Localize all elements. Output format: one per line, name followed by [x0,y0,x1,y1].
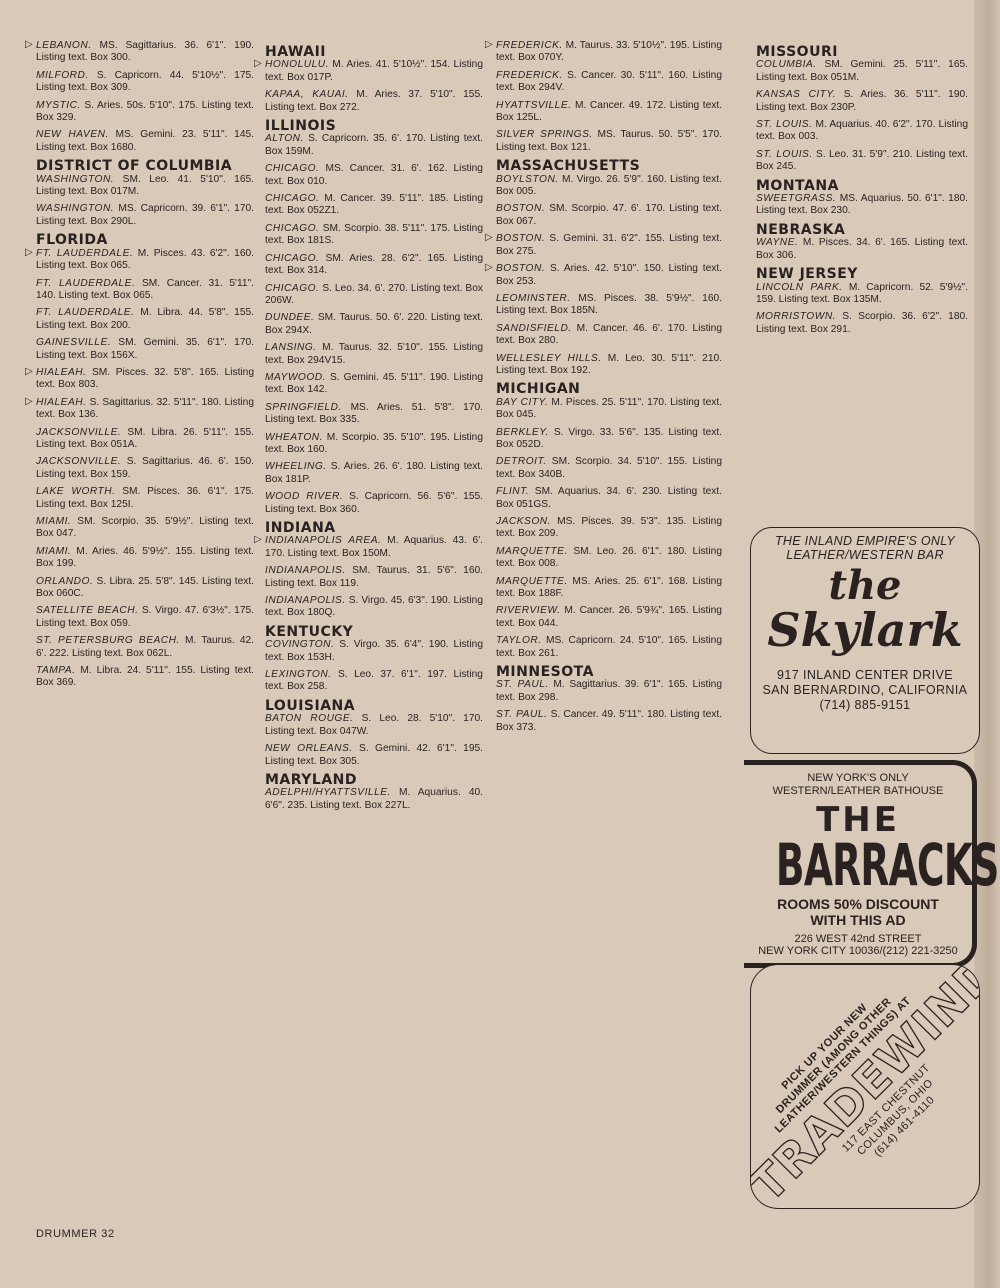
listing-item: MIAMI. M. Aries. 46. 5'9½". 155. Listing… [36,546,254,571]
listing-header: MS. Gemini. 23. 5'11". 145. [115,129,254,140]
listing-city: ST. PETERSBURG BEACH. [36,635,180,646]
listing-city: FREDERICK. [496,40,563,51]
listing-city: CHICAGO. [265,283,319,294]
skylark-phone: (714) 885-9151 [751,698,979,713]
listing-header: M. Aries. 41. 5'10½". 154. [332,59,450,70]
listing-header: S. Libra. 25. 5'8". 145. [97,576,199,587]
listing-city: HIALEAH. [36,367,86,378]
state-heading: HAWAII [265,46,483,58]
listing-city: SILVER SPRINGS. [496,129,593,140]
listing-city: HIALEAH. [36,397,86,408]
listing-city: BOSTON. [496,203,545,214]
listing-header: M. Taurus. 33. 5'10½". 195. [566,40,690,51]
barracks-address-city: NEW YORK CITY 10036/(212) 221-3250 [744,945,972,957]
listing-header: S. Sagittarius. 46. 6'. 150. [127,456,254,467]
listing-summary: Listing text. Box 062L. [72,648,172,659]
listing-header: SM. Taurus. 50. 6'. 220. [318,312,428,323]
listing-item: NEW ORLEANS. S. Gemini. 42. 6'1". 195. L… [265,743,483,768]
listing-city: BERKLEY. [496,427,549,438]
listing-summary: Listing text. Box 192. [496,365,591,376]
listing-summary: Listing text. Box 047W. [265,726,369,737]
listing-city: FREDERICK. [496,70,563,81]
listing-item: LINCOLN PARK. M. Capricorn. 52. 5'9½". 1… [756,282,968,307]
listing-summary: Listing text. Box 230. [756,205,851,216]
skylark-address-street: 917 INLAND CENTER DRIVE [751,668,979,683]
listing-item: CHICAGO. SM. Scorpio. 38. 5'11". 175. Li… [265,223,483,248]
listing-city: MILFORD. [36,70,89,81]
listing-city: MYSTIC. [36,100,81,111]
listing-summary: Listing text. Box 065. [59,290,154,301]
listing-summary: Listing text. Box 200. [36,320,131,331]
listing-city: TAYLOR. [496,635,542,646]
listing-item: MARQUETTE. SM. Leo. 26. 6'1". 180. Listi… [496,546,722,571]
listing-summary: Listing text. Box 051A. [36,439,137,450]
listing-city: CHICAGO. [265,253,319,264]
listing-city: SANDISFIELD. [496,323,572,334]
listing-item: MORRISTOWN. S. Scorpio. 36. 6'2". 180. L… [756,311,968,336]
state-heading: ILLINOIS [265,120,483,132]
state-heading: MINNESOTA [496,666,722,678]
listing-header: S. Capricorn. 44. 5'10½". 175. [97,70,254,81]
listing-city: WASHINGTON. [36,203,114,214]
listing-item: NEW HAVEN. MS. Gemini. 23. 5'11". 145. L… [36,129,254,154]
listing-city: BOSTON. [496,233,545,244]
listing-city: BOSTON. [496,263,545,274]
listing-header: SM. Scorpio. 47. 6'. 170. [549,203,665,214]
listing-item: WOOD RIVER. S. Capricorn. 56. 5'6". 155.… [265,491,483,516]
state-heading: KENTUCKY [265,626,483,638]
listing-header: MS. Capricorn. 39. 6'1". 170. [118,203,254,214]
listing-city: CHICAGO. [265,193,319,204]
listing-item: MAYWOOD. S. Gemini. 45. 5'11". 190. List… [265,372,483,397]
state-heading: DISTRICT OF COLUMBIA [36,160,254,172]
listing-city: JACKSON. [496,516,551,527]
listing-header: S. Aries. 42. 5'10". 150. [550,263,664,274]
listing-city: INDIANAPOLIS AREA. [265,535,381,546]
skylark-logo-the: the [751,566,979,606]
listing-city: MORRISTOWN. [756,311,836,322]
listing-city: NEW ORLEANS. [265,743,353,754]
listing-item: SWEETGRASS. MS. Aquarius. 50. 6'1". 180.… [756,193,968,218]
barracks-ad: NEW YORK'S ONLY WESTERN/LEATHER BATHOUSE… [744,760,977,968]
listing-city: MAYWOOD. [265,372,326,383]
listing-item: BOSTON. S. Gemini. 31. 6'2". 155. Listin… [496,233,722,258]
listing-city: INDIANAPOLIS. [265,565,346,576]
listing-city: DETROIT. [496,456,547,467]
listing-summary: Listing text. Box 309. [36,82,131,93]
listing-item: KANSAS CITY. S. Aries. 36. 5'11". 190. L… [756,89,968,114]
listing-city: MIAMI. [36,546,71,557]
listing-city: ORLANDO. [36,576,93,587]
listing-city: FT. LAUDERDALE. [36,278,135,289]
listing-item: WHEELING. S. Aries. 26. 6'. 180. Listing… [265,461,483,486]
listing-header: SM. Taurus. 31. 5'6". 160. [352,565,483,576]
listing-item: MILFORD. S. Capricorn. 44. 5'10½". 175. … [36,70,254,95]
barracks-tagline-1: NEW YORK'S ONLY [744,772,972,785]
listing-city: ST. LOUIS. [756,149,813,160]
listing-city: MARQUETTE. [496,576,568,587]
listing-item: ST. LOUIS. M. Aquarius. 40. 6'2". 170. L… [756,119,968,144]
listing-item: SILVER SPRINGS. MS. Taurus. 50. 5'5". 17… [496,129,722,154]
state-heading: MICHIGAN [496,383,722,395]
listing-item: HYATTSVILLE. M. Cancer. 49. 172. Listing… [496,100,722,125]
listing-header: S. Gemini. 45. 5'11". 190. [330,372,449,383]
listing-city: ALTON. [265,133,304,144]
listing-city: WASHINGTON. [36,174,114,185]
column-2: HAWAIIHONOLULU. M. Aries. 41. 5'10½". 15… [265,40,483,817]
listing-item: BATON ROUGE. S. Leo. 28. 5'10". 170. Lis… [265,713,483,738]
listing-summary: Listing text. Box 125I. [36,499,133,510]
listing-header: M. Pisces. 34. 6'. 165. [803,237,910,248]
listing-header: SM. Scorpio. 35. 5'9½". [77,516,193,527]
listing-header: SM. Scorpio. 34. 5'10". 155. [552,456,688,467]
listing-header: MS. Cancer. 31. 6'. 162. [325,163,447,174]
listing-header: M. Libra. 44. 5'8". 155. [140,307,254,318]
listing-city: FLINT. [496,486,529,497]
listing-city: RIVERVIEW. [496,605,560,616]
listing-item: WELLESLEY HILLS. M. Leo. 30. 5'11". 210.… [496,353,722,378]
listing-city: TAMPA. [36,665,75,676]
state-heading: MARYLAND [265,774,483,786]
listing-city: SPRINGFIELD. [265,402,342,413]
listing-city: GAINESVILLE. [36,337,111,348]
listing-header: S. Gemini. 42. 6'1". 195. [359,743,483,754]
listing-summary: Listing text. Box 305. [265,756,360,767]
listing-header: S. Aries. 50s. 5'10". 175. [84,100,198,111]
listing-city: MARQUETTE. [496,546,568,557]
listing-header: SM. Libra. 26. 5'11". 155. [127,427,254,438]
listing-item: INDIANAPOLIS. S. Virgo. 45. 6'3". 190. L… [265,595,483,620]
listing-item: WHEATON. M. Scorpio. 35. 5'10". 195. Lis… [265,432,483,457]
listing-item: CHICAGO. MS. Cancer. 31. 6'. 162. Listin… [265,163,483,188]
listing-header: MS. Aries. 25. 6'1". 168. [572,576,688,587]
listing-item: ST. PAUL. M. Sagittarius. 39. 6'1". 165.… [496,679,722,704]
listing-city: LAKE WORTH. [36,486,115,497]
listing-item: BERKLEY. S. Virgo. 33. 5'6". 135. Listin… [496,427,722,452]
listing-item: BAY CITY. M. Pisces. 25. 5'11". 170. Lis… [496,397,722,422]
listing-summary: Listing text. Box 159. [36,469,131,480]
tradewinds-ad: PICK UP YOUR NEW DRUMMER (AMONG OTHER LE… [750,964,980,1209]
listing-item: LEOMINSTER. MS. Pisces. 38. 5'9½". 160. … [496,293,722,318]
listing-header: S. Aries. 36. 5'11". 190. [844,89,968,100]
column-1: LEBANON. MS. Sagittarius. 36. 6'1". 190.… [36,40,254,695]
listing-header: S. Leo. 34. 6'. 270. [322,283,408,294]
listing-header: M. Pisces. 25. 5'11". 170. [551,397,667,408]
state-heading: NEW JERSEY [756,268,968,280]
listing-city: BATON ROUGE. [265,713,353,724]
listing-item: MIAMI. SM. Scorpio. 35. 5'9½". Listing t… [36,516,254,541]
listing-city: ST. PAUL. [496,679,549,690]
listing-summary: Listing text. Box 185N. [496,305,598,316]
listing-item: LEBANON. MS. Sagittarius. 36. 6'1". 190.… [36,40,254,65]
listing-header: S. Cancer. 30. 5'11". 160. [567,70,688,81]
listing-header: MS. Aquarius. 50. 6'1". 180. [840,193,968,204]
listing-item: BOSTON. SM. Scorpio. 47. 6'. 170. Listin… [496,203,722,228]
listing-header: S. Cancer. 49. 5'11". 180. [551,709,667,720]
listing-item: JACKSONVILLE. SM. Libra. 26. 5'11". 155.… [36,427,254,452]
listing-city: WHEATON. [265,432,323,443]
listing-item: SANDISFIELD. M. Cancer. 46. 6'. 170. Lis… [496,323,722,348]
listing-header: S. Leo. 31. 5'9". 210. [816,149,913,160]
listing-header: S. Capricorn. 56. 5'6". 155. [349,491,483,502]
listing-header: SM. Pisces. 32. 5'8". 165. [92,367,219,378]
listing-city: COVINGTON. [265,639,334,650]
listing-header: M. Libra. 24. 5'11". 155. [80,665,195,676]
listing-header: MS. Sagittarius. 36. 6'1". 190. [99,40,254,51]
listing-city: LANSING. [265,342,317,353]
listing-item: HIALEAH. S. Sagittarius. 32. 5'11". 180.… [36,397,254,422]
listing-city: WHEELING. [265,461,327,472]
listing-city: JACKSONVILLE. [36,456,121,467]
listing-item: FT. LAUDERDALE. M. Libra. 44. 5'8". 155.… [36,307,254,332]
listing-header: SM. Aquarius. 34. 6'. 230. [535,486,662,497]
listing-item: MARQUETTE. MS. Aries. 25. 6'1". 168. Lis… [496,576,722,601]
listing-item: LANSING. M. Taurus. 32. 5'10". 155. List… [265,342,483,367]
listing-summary: Listing text. Box 121. [496,142,591,153]
listing-header: M. Leo. 30. 5'11". 210. [608,353,722,364]
listing-header: M. Aquarius. 40. 6'2". 170. [816,119,936,130]
listing-header: MS. Capricorn. 24. 5'10". 165. [546,635,688,646]
listing-city: LEXINGTON. [265,669,332,680]
listing-city: ADELPHI/HYATTSVILLE. [265,787,391,798]
listing-item: BOYLSTON. M. Virgo. 26. 5'9". 160. Listi… [496,174,722,199]
listing-summary: Listing text. Box 230P. [756,102,856,113]
barracks-address-street: 226 WEST 42nd STREET [744,933,972,945]
listing-item: ALTON. S. Capricorn. 35. 6'. 170. Listin… [265,133,483,158]
listing-header: MS. Aries. 51. 5'8". 170. [351,402,483,413]
listing-item: COLUMBIA. SM. Gemini. 25. 5'11". 165. Li… [756,59,968,84]
listing-item: JACKSONVILLE. S. Sagittarius. 46. 6'. 15… [36,456,254,481]
skylark-bar-ad: THE INLAND EMPIRE'S ONLY LEATHER/WESTERN… [750,527,980,754]
listing-summary: Listing text. Box 150M. [288,548,391,559]
listing-item: WASHINGTON. SM. Leo. 41. 5'10". 165. Lis… [36,174,254,199]
listing-item: ST. PAUL. S. Cancer. 49. 5'11". 180. Lis… [496,709,722,734]
listing-header: SM. Leo. 41. 5'10". 165. [123,174,254,185]
listing-item: ST. LOUIS. S. Leo. 31. 5'9". 210. Listin… [756,149,968,174]
listing-item: CHICAGO. SM. Aries. 28. 6'2". 165. Listi… [265,253,483,278]
state-heading: FLORIDA [36,234,254,246]
listing-summary: Listing text. Box 017M. [36,186,139,197]
listing-item: WAYNE. M. Pisces. 34. 6'. 165. Listing t… [756,237,968,262]
listing-item: SATELLITE BEACH. S. Virgo. 47. 6'3½". 17… [36,605,254,630]
listing-city: LEOMINSTER. [496,293,571,304]
listing-header: SM. Aries. 28. 6'2". 165. [326,253,448,264]
listing-header: S. Capricorn. 35. 6'. 170. [308,133,426,144]
listing-summary: Listing text. Box 300. [36,52,131,63]
listing-city: BOYLSTON. [496,174,559,185]
listing-summary: Listing text. Box 291. [756,324,851,335]
listing-header: M. Cancer. 26. 5'9¾". 165. [564,605,688,616]
listing-city: KAPAA, KAUAI. [265,89,349,100]
listing-header: S. Virgo. 33. 5'6". 135. [554,427,664,438]
listing-header: SM. Gemini. 25. 5'11". 165. [824,59,968,70]
listing-header: SM. Gemini. 35. 6'1". 170. [118,337,254,348]
listing-city: BAY CITY. [496,397,548,408]
page-folio: DRUMMER 32 [36,1228,115,1240]
column-3: FREDERICK. M. Taurus. 33. 5'10½". 195. L… [496,40,722,739]
listing-summary: Listing text. Box 059. [36,618,131,629]
listing-city: SATELLITE BEACH. [36,605,138,616]
listing-item: WASHINGTON. MS. Capricorn. 39. 6'1". 170… [36,203,254,228]
state-heading: NEBRASKA [756,224,968,236]
listing-item: KAPAA, KAUAI. M. Aries. 37. 5'10". 155. … [265,89,483,114]
listing-item: INDIANAPOLIS. SM. Taurus. 31. 5'6". 160.… [265,565,483,590]
listing-item: GAINESVILLE. SM. Gemini. 35. 6'1". 170. … [36,337,254,362]
listing-summary: Listing text. Box 119. [265,578,359,589]
listing-header: SM. Leo. 26. 6'1". 180. [573,546,687,557]
listing-item: INDIANAPOLIS AREA. M. Aquarius. 43. 6'. … [265,535,483,560]
listing-city: MIAMI. [36,516,71,527]
listing-header: S. Virgo. 45. 6'3". 190. [349,595,451,606]
listing-item: FREDERICK. S. Cancer. 30. 5'11". 160. Li… [496,70,722,95]
listing-header: M. Aries. 46. 5'9½". 155. [76,546,195,557]
listing-header: SM. Pisces. 36. 6'1". 175. [122,486,254,497]
listing-item: DETROIT. SM. Scorpio. 34. 5'10". 155. Li… [496,456,722,481]
listing-city: CHICAGO. [265,163,319,174]
listing-city: HONOLULU. [265,59,329,70]
listing-item: CHICAGO. M. Cancer. 39. 5'11". 185. List… [265,193,483,218]
listing-summary: Listing text. Box 227L. [310,800,410,811]
listing-item: MYSTIC. S. Aries. 50s. 5'10". 175. Listi… [36,100,254,125]
listing-item: JACKSON. MS. Pisces. 39. 5'3". 135. List… [496,516,722,541]
barracks-offer-2: WITH THIS AD [744,912,972,928]
listing-city: DUNDEE. [265,312,314,323]
listing-item: TAYLOR. MS. Capricorn. 24. 5'10". 165. L… [496,635,722,660]
listing-header: S. Sagittarius. 32. 5'11". 180. [90,397,222,408]
listing-item: ST. PETERSBURG BEACH. M. Taurus. 42. 6'.… [36,635,254,660]
state-heading: LOUISIANA [265,700,483,712]
state-heading: MISSOURI [756,46,968,58]
state-heading: INDIANA [265,522,483,534]
listing-city: ST. LOUIS. [756,119,812,130]
listing-header: M. Cancer. 39. 5'11". 185. [324,193,448,204]
barracks-tagline-2: WESTERN/LEATHER BATHOUSE [744,785,972,798]
listing-header: S. Scorpio. 36. 6'2". 180. [842,311,968,322]
listing-item: CHICAGO. S. Leo. 34. 6'. 270. Listing te… [265,283,483,308]
listing-item: LAKE WORTH. SM. Pisces. 36. 6'1". 175. L… [36,486,254,511]
listing-city: ST. PAUL. [496,709,547,720]
listing-item: ADELPHI/HYATTSVILLE. M. Aquarius. 40. 6'… [265,787,483,812]
listing-item: FREDERICK. M. Taurus. 33. 5'10½". 195. L… [496,40,722,65]
listing-item: TAMPA. M. Libra. 24. 5'11". 155. Listing… [36,665,254,690]
listing-item: ORLANDO. S. Libra. 25. 5'8". 145. Listin… [36,576,254,601]
listing-header: S. Leo. 28. 5'10". 170. [362,713,483,724]
listing-city: KANSAS CITY. [756,89,836,100]
listing-city: WOOD RIVER. [265,491,343,502]
listing-header: M. Aries. 37. 5'10". 155. [356,89,483,100]
listing-header: M. Scorpio. 35. 5'10". 195. [327,432,450,443]
listing-summary: Listing text. Box 360. [265,504,360,515]
listing-header: S. Leo. 37. 6'1". 197. [338,669,447,680]
listing-item: HIALEAH. SM. Pisces. 32. 5'8". 165. List… [36,367,254,392]
listing-item: COVINGTON. S. Virgo. 35. 6'4". 190. List… [265,639,483,664]
listing-city: LEBANON. [36,40,92,51]
listing-header: MS. Pisces. 39. 5'3". 135. [557,516,686,527]
listing-summary: Listing text. Box 135M. [779,294,882,305]
listing-city: SWEETGRASS. [756,193,836,204]
listing-city: WELLESLEY HILLS. [496,353,602,364]
listing-item: DUNDEE. SM. Taurus. 50. 6'. 220. Listing… [265,312,483,337]
listing-header: M. Taurus. 32. 5'10". 155. [322,342,448,353]
listing-city: NEW HAVEN. [36,129,109,140]
listing-header: M. Sagittarius. 39. 6'1". 165. [553,679,688,690]
listing-header: S. Aries. 26. 6'. 180. [331,461,427,472]
listing-summary: Listing text. Box 335. [265,414,360,425]
listing-item: SPRINGFIELD. MS. Aries. 51. 5'8". 170. L… [265,402,483,427]
listing-city: COLUMBIA. [756,59,817,70]
listing-item: FT. LAUDERDALE. M. Pisces. 43. 6'2". 160… [36,248,254,273]
column-4: MISSOURICOLUMBIA. SM. Gemini. 25. 5'11".… [756,40,968,341]
listing-item: RIVERVIEW. M. Cancer. 26. 5'9¾". 165. Li… [496,605,722,630]
state-heading: MASSACHUSETTS [496,160,722,172]
listing-summary: Listing text. Box 1680. [36,142,136,153]
listing-header: M. Pisces. 43. 6'2". 160. [138,248,254,259]
listing-city: HYATTSVILLE. [496,100,571,111]
listing-header: M. Cancer. 49. 172. [575,100,666,111]
listing-item: HONOLULU. M. Aries. 41. 5'10½". 154. Lis… [265,59,483,84]
skylark-logo-name: Skylark [751,606,979,654]
listing-city: FT. LAUDERDALE. [36,248,133,259]
listing-city: FT. LAUDERDALE. [36,307,134,318]
listing-city: LINCOLN PARK. [756,282,843,293]
listing-summary: Listing text. Box 051M. [756,72,859,83]
listing-header: M. Virgo. 26. 5'9". 160. [562,174,667,185]
listing-header: S. Gemini. 31. 6'2". 155. [549,233,664,244]
listing-header: MS. Taurus. 50. 5'5". 170. [598,129,722,140]
listing-summary: Listing text. Box 272. [265,102,360,113]
listing-item: LEXINGTON. S. Leo. 37. 6'1". 197. Listin… [265,669,483,694]
listing-city: INDIANAPOLIS. [265,595,346,606]
barracks-logo-name: BARRACKS [776,836,940,894]
listing-header: SM. Scorpio. 38. 5'11". 175. [323,223,450,234]
listing-item: FLINT. SM. Aquarius. 34. 6'. 230. Listin… [496,486,722,511]
listing-summary: Listing text. Box 156X. [36,350,137,361]
listing-summary: Listing text. Box 290L. [36,216,136,227]
listing-header: MS. Pisces. 38. 5'9½". 160. [578,293,722,304]
listing-header: S. Virgo. 47. 6'3½". 175. [142,605,254,616]
state-heading: MONTANA [756,180,968,192]
listing-item: FT. LAUDERDALE. SM. Cancer. 31. 5'11". 1… [36,278,254,303]
listing-city: JACKSONVILLE. [36,427,121,438]
skylark-address-city: SAN BERNARDINO, CALIFORNIA [751,683,979,698]
listing-city: WAYNE. [756,237,798,248]
skylark-tagline: THE INLAND EMPIRE'S ONLY LEATHER/WESTERN… [751,534,979,562]
listing-city: CHICAGO. [265,223,319,234]
listing-item: BOSTON. S. Aries. 42. 5'10". 150. Listin… [496,263,722,288]
listing-header: S. Virgo. 35. 6'4". 190. [339,639,448,650]
listing-header: M. Cancer. 46. 6'. 170. [577,323,688,334]
listing-summary: Listing text. Box 065. [36,260,131,271]
